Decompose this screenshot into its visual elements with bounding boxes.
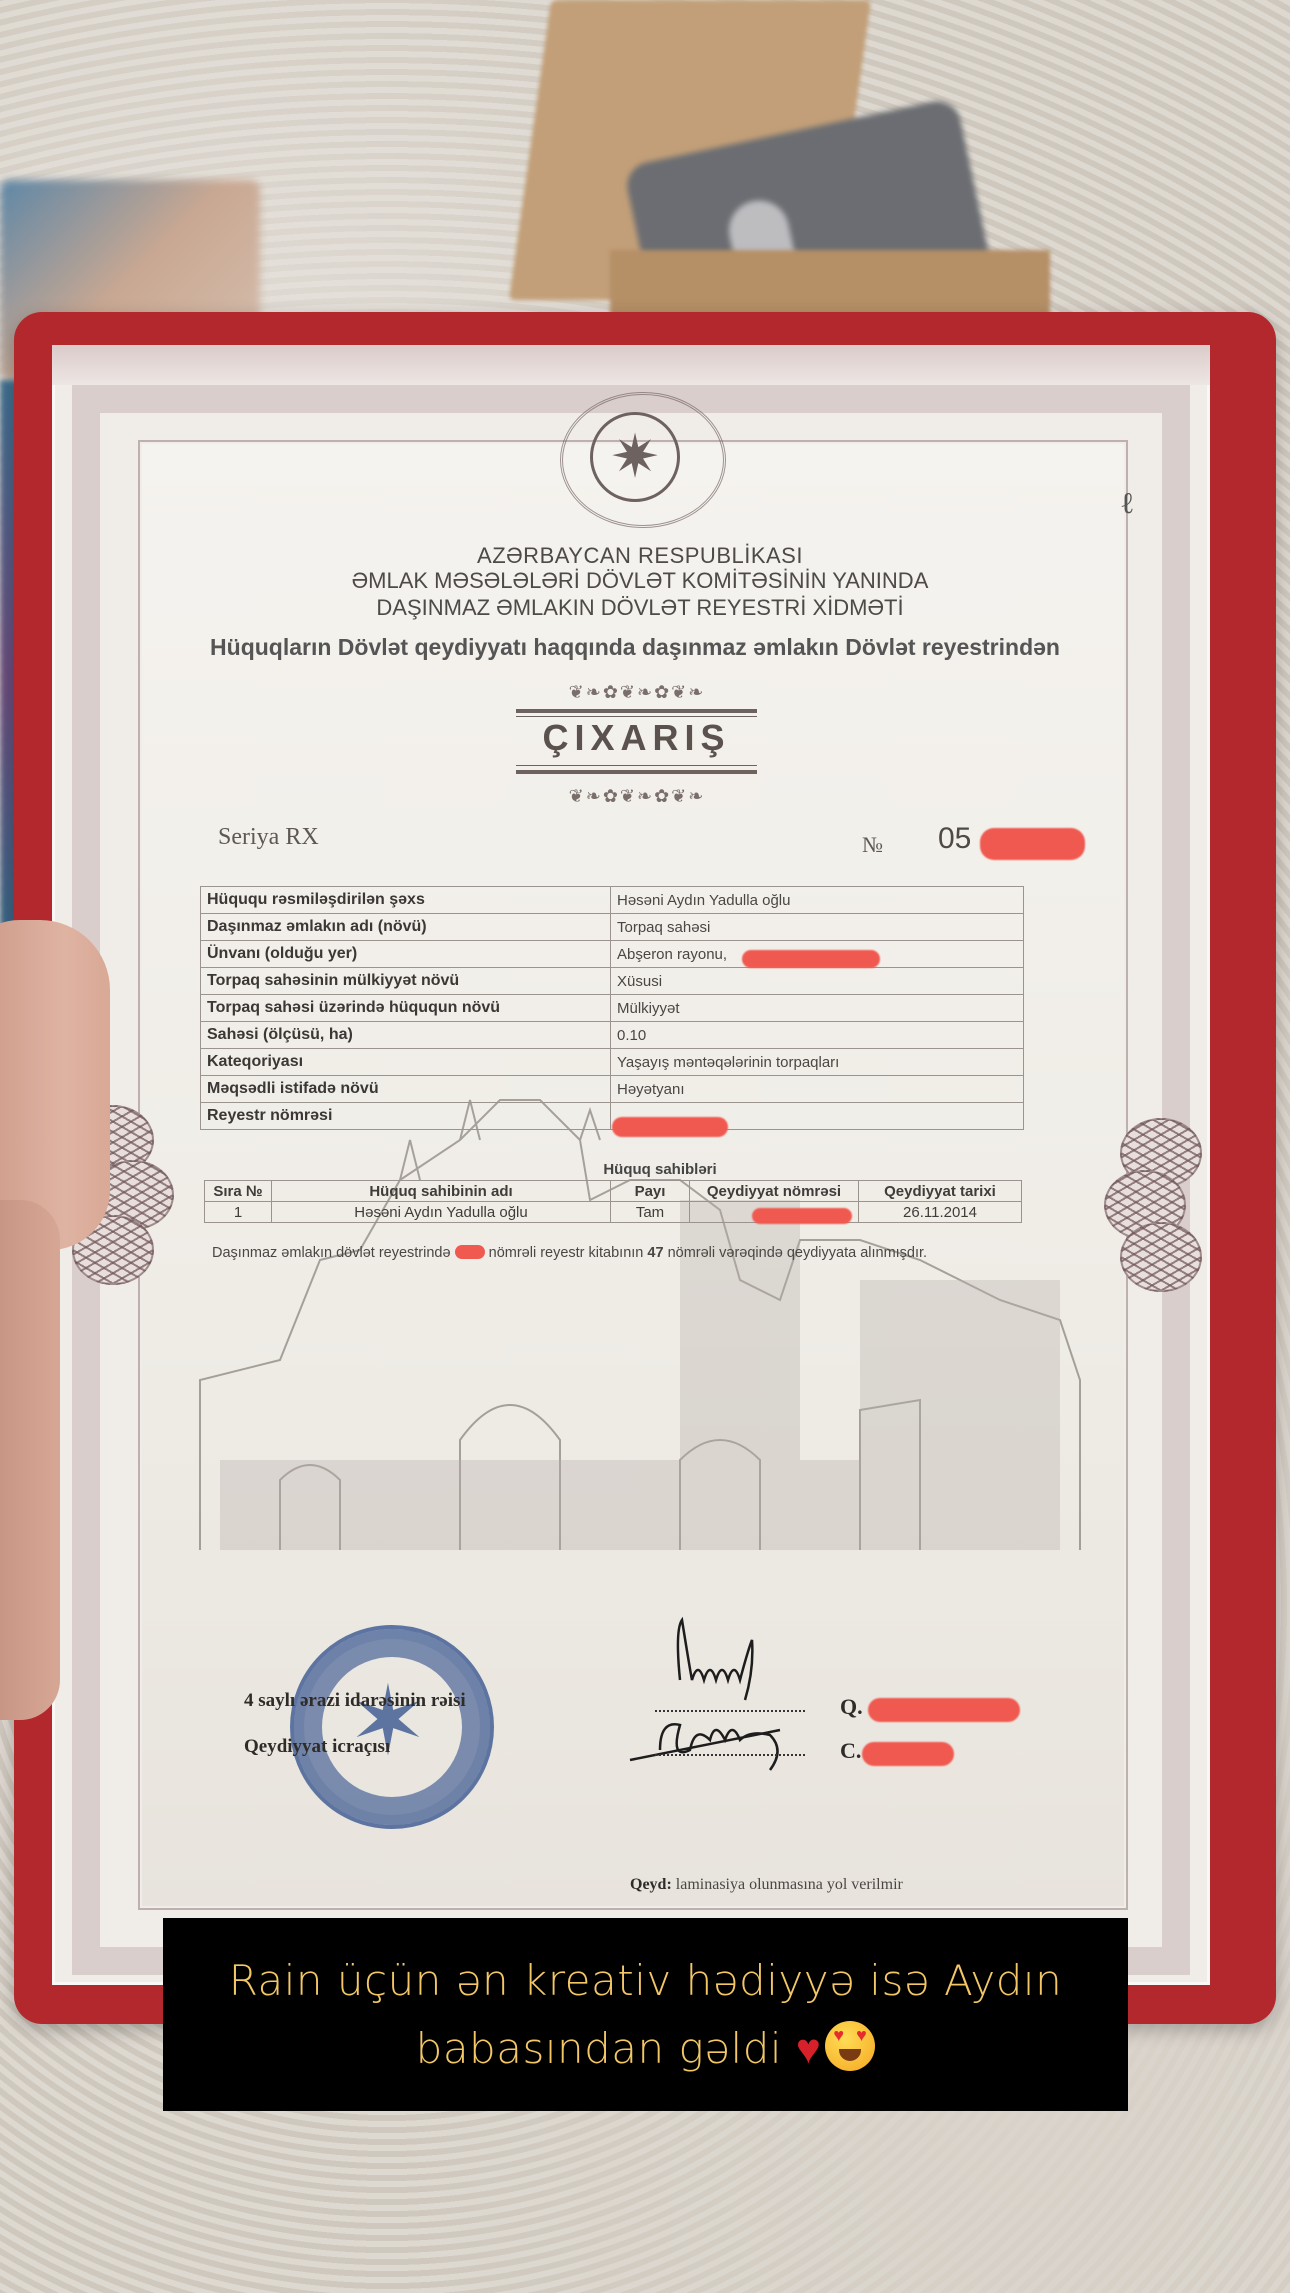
redaction-mark [742, 950, 880, 968]
column-header: Qeydiyyat nömrəsi [690, 1181, 859, 1202]
cell-date: 26.11.2014 [859, 1202, 1022, 1223]
redaction-mark [455, 1245, 485, 1259]
row-value: Torpaq sahəsi [611, 914, 1024, 941]
table-row: Torpaq sahəsi üzərində hüququn növüMülki… [201, 995, 1024, 1022]
chief-initial: Q. [840, 1694, 863, 1720]
row-label: Torpaq sahəsi üzərində hüququn növü [201, 995, 611, 1022]
sleeve-top-edge [52, 345, 1210, 385]
ornament-bottom-icon: ❦❧✿❦❧✿❦❧ [527, 786, 747, 802]
number-sign: № [862, 832, 883, 858]
page-number: 47 [647, 1245, 663, 1261]
row-value: Xüsusi [611, 968, 1024, 995]
table-row: Hüququ rəsmiləşdirilən şəxsHəsəni Aydın … [201, 887, 1024, 914]
table-row: Torpaq sahəsinin mülkiyyət növüXüsusi [201, 968, 1024, 995]
red-heart-icon: ♥ [796, 2024, 821, 2073]
document-title: ÇIXARIŞ [516, 717, 757, 759]
address-value: Abşeron rayonu, [617, 946, 727, 963]
footnote-text: nömrəli vərəqində qeydiyyata alınmışdır. [668, 1245, 928, 1261]
redaction-mark [752, 1208, 852, 1224]
header-service: DAŞINMAZ ƏMLAKIN DÖVLƏT REYESTRİ XİDMƏTİ [300, 595, 980, 621]
cell-share: Tam [611, 1202, 690, 1223]
document-number: 05 [938, 822, 971, 856]
redaction-mark [862, 1742, 954, 1766]
row-value: Mülkiyyət [611, 995, 1024, 1022]
title-rule-bottom-thin [516, 765, 757, 766]
table-row: Ünvanı (olduğu yer)Abşeron rayonu, [201, 941, 1024, 968]
signature-line [655, 1754, 805, 1756]
cell-no: 1 [205, 1202, 272, 1223]
header-committee: ƏMLAK MƏSƏLƏLƏRİ DÖVLƏT KOMİTƏSİNİN YANI… [300, 568, 980, 594]
row-value: Həsəni Aydın Yadulla oğlu [611, 887, 1024, 914]
caption-text: babasından gəldi [416, 2024, 782, 2073]
table-row: Sahəsi (ölçüsü, ha)0.10 [201, 1022, 1024, 1049]
series-label: Seriya RX [218, 824, 319, 851]
state-emblem-star-icon: ✷ [590, 412, 680, 502]
signature-line [655, 1710, 805, 1712]
column-header: Sıra № [205, 1181, 272, 1202]
owners-table: Sıra № Hüquq sahibinin adı Payı Qeydiyya… [204, 1180, 1022, 1223]
redaction-mark [868, 1698, 1020, 1722]
row-label: Sahəsi (ölçüsü, ha) [201, 1022, 611, 1049]
table-row: Daşınmaz əmlakın adı (növü)Torpaq sahəsi [201, 914, 1024, 941]
lamination-note: Qeyd: laminasiya olunmasına yol verilmir [630, 1876, 903, 1894]
row-label: Reyestr nömrəsi [201, 1103, 611, 1130]
redaction-mark [612, 1117, 728, 1137]
row-label: Ünvanı (olduğu yer) [201, 941, 611, 968]
hand [0, 1200, 60, 1720]
caption-line-2: babasından gəldi ♥ [416, 2015, 876, 2083]
note-text: laminasiya olunmasına yol verilmir [676, 1876, 903, 1893]
header-country: AZƏRBAYCAN RESPUBLİKASI [300, 543, 980, 569]
row-value: Həyətyanı [611, 1076, 1024, 1103]
row-label: Hüququ rəsmiləşdirilən şəxs [201, 887, 611, 914]
header-subtitle: Hüquqların Dövlət qeydiyyatı haqqında da… [160, 634, 1110, 661]
globe-ornament-icon [1120, 1222, 1202, 1292]
registrar-initial: C. [840, 1738, 861, 1764]
caption-overlay: Rain üçün ən kreativ hədiyyə isə Aydın b… [163, 1918, 1128, 2111]
row-value: Yaşayış məntəqələrinin torpaqları [611, 1049, 1024, 1076]
row-label: Kateqoriyası [201, 1049, 611, 1076]
redaction-mark [980, 828, 1085, 860]
table-row: 1 Həsəni Aydın Yadulla oğlu Tam 26.11.20… [205, 1202, 1022, 1223]
castle-watermark-icon [160, 1080, 1120, 1600]
row-label: Məqsədli istifadə növü [201, 1076, 611, 1103]
property-info-table: Hüququ rəsmiləşdirilən şəxsHəsəni Aydın … [200, 886, 1024, 1130]
footnote-text: Daşınmaz əmlakın dövlət reyestrində [212, 1245, 451, 1261]
registry-footnote: Daşınmaz əmlakın dövlət reyestrində nömr… [212, 1245, 1072, 1261]
table-row: Məqsədli istifadə növüHəyətyanı [201, 1076, 1024, 1103]
column-header: Hüquq sahibinin adı [272, 1181, 611, 1202]
heart-eyes-emoji-icon [825, 2021, 875, 2071]
cell-name: Həsəni Aydın Yadulla oğlu [272, 1202, 611, 1223]
title-rule-top [516, 709, 757, 713]
row-label: Torpaq sahəsinin mülkiyyət növü [201, 968, 611, 995]
table-row: KateqoriyasıYaşayış məntəqələrinin torpa… [201, 1049, 1024, 1076]
handwritten-mark: ℓ [1120, 486, 1134, 521]
caption-line-1: Rain üçün ən kreativ hədiyyə isə Aydın [229, 1947, 1062, 2015]
footnote-text: nömrəli reyestr kitabının [489, 1245, 644, 1261]
row-label: Daşınmaz əmlakın adı (növü) [201, 914, 611, 941]
table-header-row: Sıra № Hüquq sahibinin adı Payı Qeydiyya… [205, 1181, 1022, 1202]
owners-title: Hüquq sahibləri [540, 1161, 780, 1178]
registrar-label: Qeydiyyat icraçısı [244, 1736, 390, 1758]
column-header: Payı [611, 1181, 690, 1202]
note-label: Qeyd: [630, 1876, 672, 1893]
title-rule-bottom [516, 770, 757, 774]
ornament-top-icon: ❦❧✿❦❧✿❦❧ [527, 682, 747, 698]
row-value: 0.10 [611, 1022, 1024, 1049]
chief-label: 4 saylı ərazi idarəsinin rəisi [244, 1690, 466, 1712]
column-header: Qeydiyyat tarixi [859, 1181, 1022, 1202]
